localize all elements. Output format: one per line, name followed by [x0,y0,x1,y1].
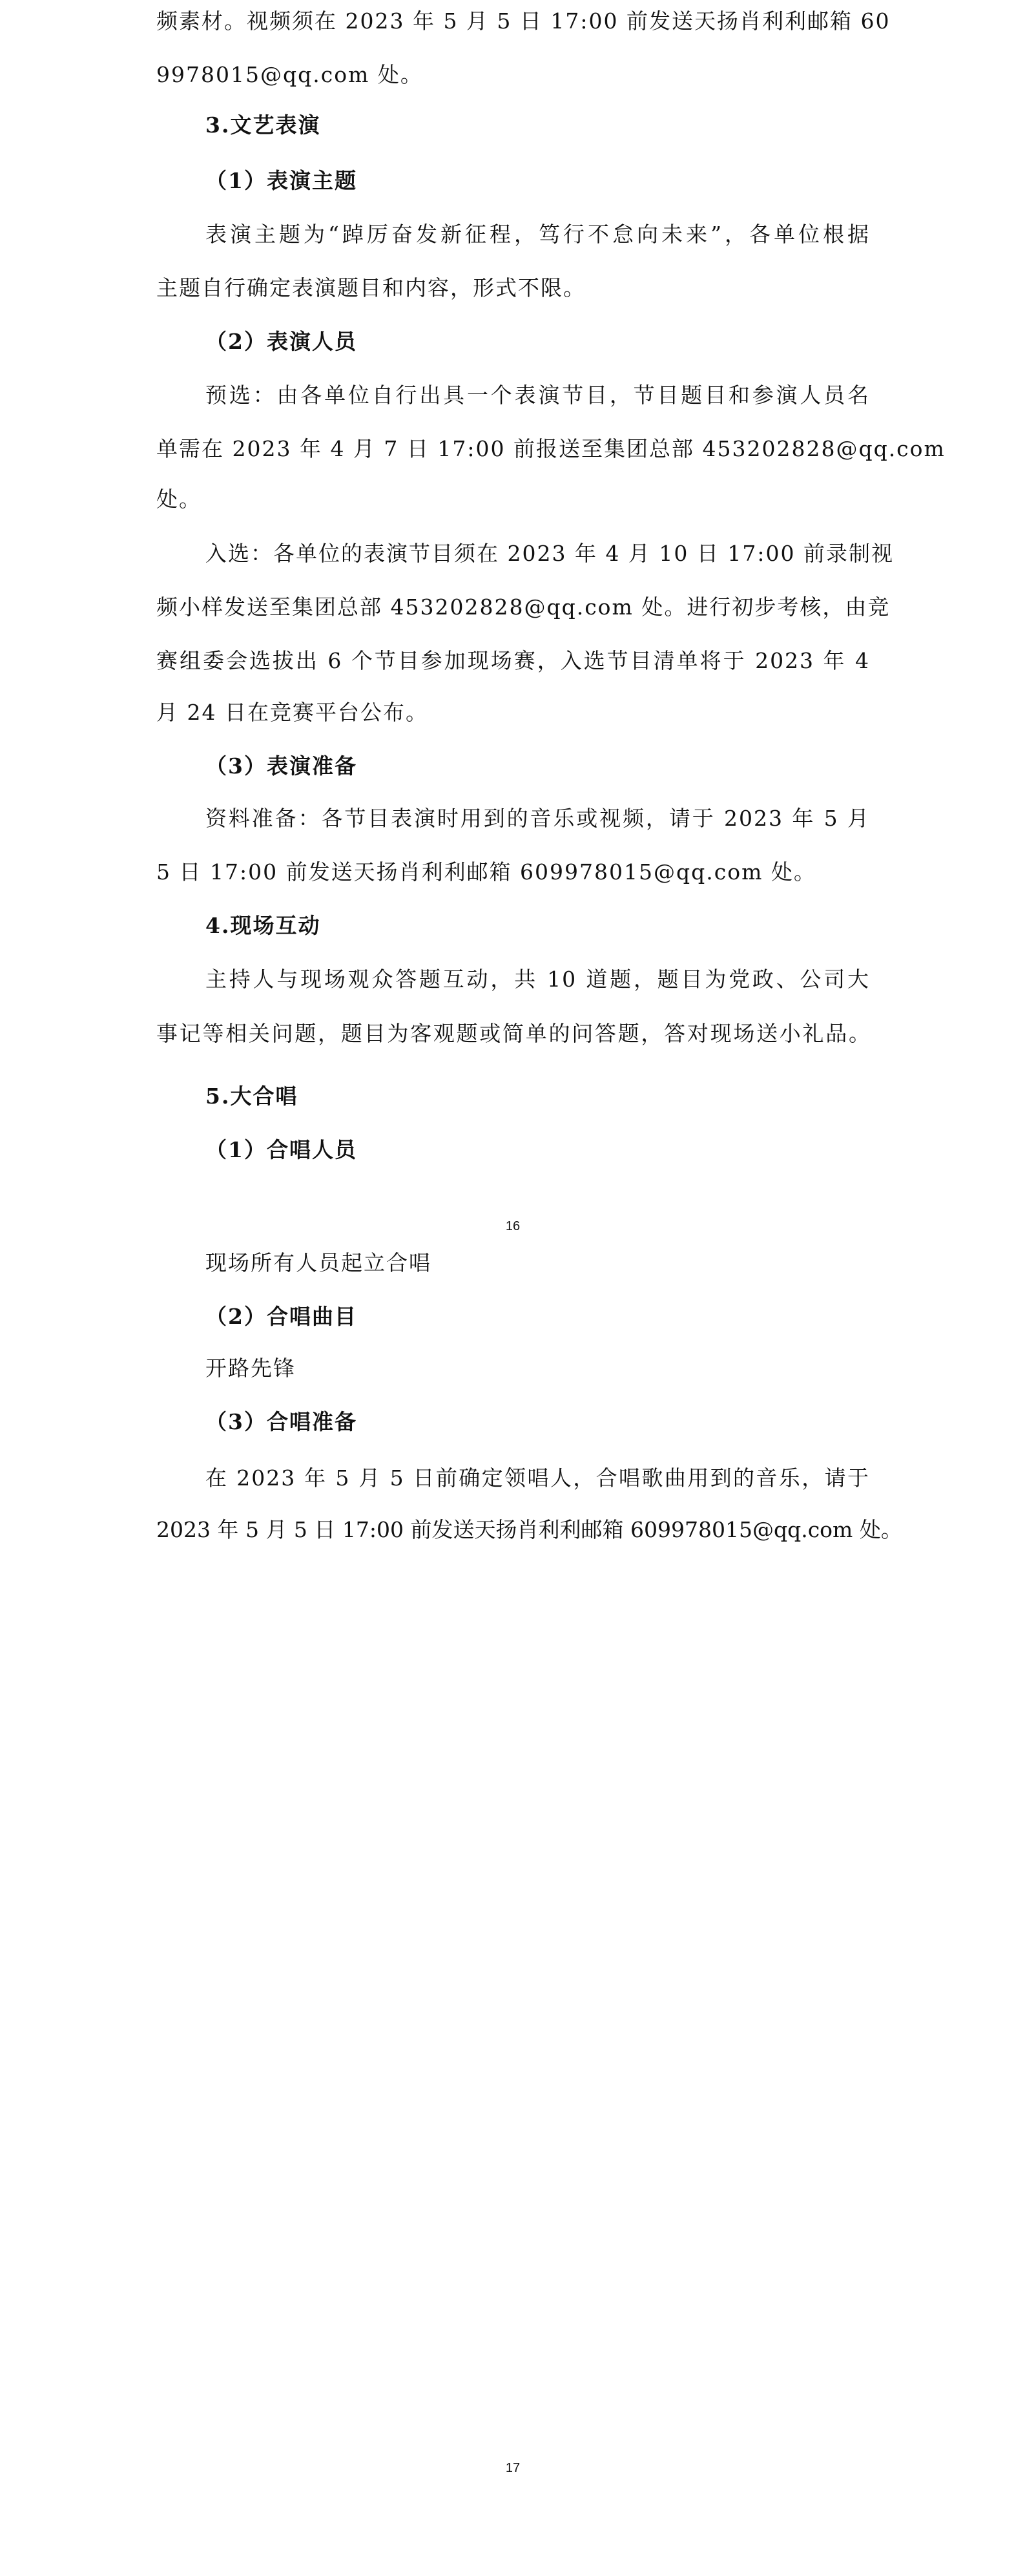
section-heading-interaction: 4.现场互动 [205,913,922,939]
subsection-heading-preparation: （3）表演准备 [205,753,922,779]
body-line: 9978015@qq.com 处。 [156,62,873,88]
subsection-heading-chorus-song: （2）合唱曲目 [205,1304,922,1330]
subsection-heading-chorus-members: （1）合唱人员 [205,1137,922,1163]
body-line: 5 日 17:00 前发送天扬肖利利邮箱 609978015@qq.com 处。 [156,859,873,885]
section-heading-chorus: 5.大合唱 [205,1084,922,1109]
page-number: 17 [487,2460,539,2476]
body-line: 预选：由各单位自行出具一个表演节目，节目题目和参演人员名 [205,382,870,408]
body-line: 事记等相关问题，题目为客观题或简单的问答题，答对现场送小礼品。 [156,1021,870,1047]
body-line: 主题自行确定表演题目和内容，形式不限。 [156,275,873,301]
body-line: 月 24 日在竞赛平台公布。 [156,700,873,726]
body-line: 表演主题为“踔厉奋发新征程，笃行不怠向未来”，各单位根据 [205,222,870,247]
body-line: 频小样发送至集团总部 453202828@qq.com 处。进行初步考核，由竞 [156,594,870,620]
body-line: 资料准备：各节目表演时用到的音乐或视频，请于 2023 年 5 月 [205,806,870,832]
body-line: 开路先锋 [205,1356,922,1381]
subsection-heading-chorus-preparation: （3）合唱准备 [205,1409,922,1435]
body-line: 现场所有人员起立合唱 [205,1250,922,1276]
section-heading-performance: 3.文艺表演 [205,112,922,138]
page-number: 16 [487,1219,539,1234]
body-line: 2023 年 5 月 5 日 17:00 前发送天扬肖利利邮箱 60997801… [156,1517,870,1543]
body-line: 在 2023 年 5 月 5 日前确定领唱人，合唱歌曲用到的音乐，请于 [205,1465,870,1491]
body-line: 单需在 2023 年 4 月 7 日 17:00 前报送至集团总部 453202… [156,436,870,462]
body-line: 赛组委会选拔出 6 个节目参加现场赛，入选节目清单将于 2023 年 4 [156,648,870,674]
body-line: 频素材。视频须在 2023 年 5 月 5 日 17:00 前发送天扬肖利利邮箱… [156,8,870,34]
subsection-heading-performers: （2）表演人员 [205,329,922,355]
body-line: 入选：各单位的表演节目须在 2023 年 4 月 10 日 17:00 前录制视 [205,541,870,567]
body-line: 处。 [156,487,873,512]
subsection-heading-theme: （1）表演主题 [205,168,922,194]
document-page: 频素材。视频须在 2023 年 5 月 5 日 17:00 前发送天扬肖利利邮箱… [0,0,1025,2576]
body-line: 主持人与现场观众答题互动，共 10 道题，题目为党政、公司大 [205,967,870,992]
